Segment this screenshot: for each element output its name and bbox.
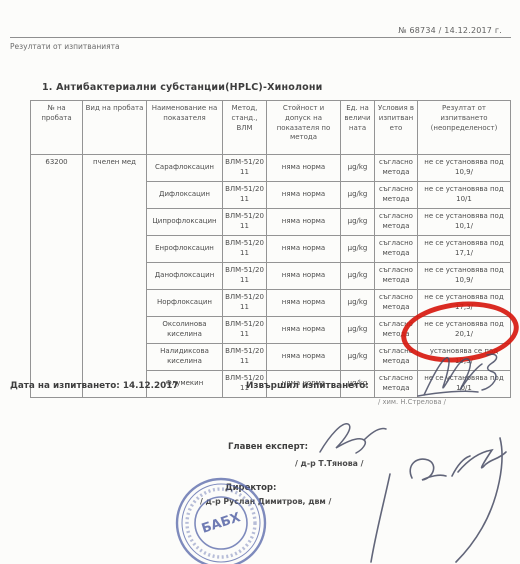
- scanned-report-page: № 68734 / 14.12.2017 г. Резултати от изп…: [0, 0, 520, 564]
- column-header-method: Метод, станд., ВЛМ: [223, 101, 267, 155]
- indicator-name-cell: Енрофлоксацин: [147, 236, 223, 263]
- unit-cell: µg/kg: [341, 155, 375, 182]
- results-table-body: 63200пчелен медСарафлоксацинВЛМ-51/2011н…: [31, 155, 511, 398]
- result-cell: не се установява под 10,9/: [418, 263, 511, 290]
- column-header-sample-type: Вид на пробата: [83, 101, 147, 155]
- conditions-cell: съгласно метода: [375, 290, 418, 317]
- performed-by-label: Извършил изпитването:: [246, 381, 369, 391]
- result-cell: не се установява под 10,1/: [418, 209, 511, 236]
- sample-number-cell: 63200: [31, 155, 83, 398]
- method-cell: ВЛМ-51/2011: [223, 209, 267, 236]
- conditions-cell: съгласно метода: [375, 263, 418, 290]
- conditions-cell: съгласно метода: [375, 344, 418, 371]
- director-label: Директор:: [225, 483, 276, 493]
- unit-cell: µg/kg: [341, 236, 375, 263]
- results-section-label: Резултати от изпитванията: [10, 42, 120, 51]
- conditions-cell: съгласно метода: [375, 155, 418, 182]
- column-header-unit: Ед. на величината: [341, 101, 375, 155]
- indicator-name-cell: Сарафлоксацин: [147, 155, 223, 182]
- indicator-name-cell: Ципрофлоксацин: [147, 209, 223, 236]
- test-date-label: Дата на изпитването: 14.12.2017: [10, 381, 178, 391]
- value-tolerance-cell: няма норма: [267, 209, 341, 236]
- director-signature: [360, 430, 520, 564]
- conditions-cell: съгласно метода: [375, 371, 418, 398]
- director-name: / д-р Руслан Димитров, двм /: [200, 497, 331, 506]
- method-cell: ВЛМ-51/2011: [223, 263, 267, 290]
- conditions-cell: съгласно метода: [375, 317, 418, 344]
- stamp-text: БАБХ: [200, 510, 243, 537]
- performed-by-name: / хим. Н.Стрелова /: [378, 398, 446, 406]
- chief-expert-label: Главен експерт:: [228, 442, 308, 452]
- table-header-row: № на пробата Вид на пробата Наименование…: [31, 101, 511, 155]
- column-header-indicator: Наименование на показателя: [147, 101, 223, 155]
- result-cell: не се установява под 10/1: [418, 371, 511, 398]
- value-tolerance-cell: няма норма: [267, 263, 341, 290]
- conditions-cell: съгласно метода: [375, 209, 418, 236]
- unit-cell: µg/kg: [341, 182, 375, 209]
- conditions-cell: съгласно метода: [375, 182, 418, 209]
- indicator-name-cell: Норфлоксацин: [147, 290, 223, 317]
- unit-cell: µg/kg: [341, 290, 375, 317]
- method-cell: ВЛМ-51/2011: [223, 290, 267, 317]
- result-cell: не се установява под 17,3/: [418, 290, 511, 317]
- chief-expert-signature: [310, 415, 395, 460]
- value-tolerance-cell: няма норма: [267, 344, 341, 371]
- column-header-result: Резултат от изпитването (неопределеност): [418, 101, 511, 155]
- unit-cell: µg/kg: [341, 263, 375, 290]
- method-cell: ВЛМ-51/2011: [223, 236, 267, 263]
- value-tolerance-cell: няма норма: [267, 317, 341, 344]
- result-cell: не се установява под 10/1: [418, 182, 511, 209]
- result-cell: установява се под 19,3/: [418, 344, 511, 371]
- unit-cell: µg/kg: [341, 344, 375, 371]
- value-tolerance-cell: няма норма: [267, 182, 341, 209]
- unit-cell: µg/kg: [341, 317, 375, 344]
- unit-cell: µg/kg: [341, 209, 375, 236]
- value-tolerance-cell: няма норма: [267, 290, 341, 317]
- value-tolerance-cell: няма норма: [267, 155, 341, 182]
- method-cell: ВЛМ-51/2011: [223, 344, 267, 371]
- method-cell: ВЛМ-51/2011: [223, 317, 267, 344]
- indicator-name-cell: Оксолинова киселина: [147, 317, 223, 344]
- method-cell: ВЛМ-51/2011: [223, 182, 267, 209]
- divider-line: [10, 37, 511, 38]
- indicator-name-cell: Налидиксова киселина: [147, 344, 223, 371]
- chief-expert-name: / д-р Т.Тянова /: [295, 459, 364, 468]
- column-header-value-tolerance: Стойност и допуск на показателя по метод…: [267, 101, 341, 155]
- result-cell: не се установява под 10,9/: [418, 155, 511, 182]
- result-cell: не се установява под 17,1/: [418, 236, 511, 263]
- value-tolerance-cell: няма норма: [267, 236, 341, 263]
- report-number: № 68734 / 14.12.2017 г.: [398, 26, 502, 35]
- method-cell: ВЛМ-51/2011: [223, 155, 267, 182]
- section-title: 1. Антибактериални субстанции(HPLC)-Хино…: [42, 82, 322, 93]
- conditions-cell: съгласно метода: [375, 236, 418, 263]
- results-table: № на пробата Вид на пробата Наименование…: [30, 100, 511, 398]
- table-row: 63200пчелен медСарафлоксацинВЛМ-51/2011н…: [31, 155, 511, 182]
- sample-type-cell: пчелен мед: [83, 155, 147, 398]
- indicator-name-cell: Дифлоксацин: [147, 182, 223, 209]
- indicator-name-cell: Данофлоксацин: [147, 263, 223, 290]
- column-header-sample-number: № на пробата: [31, 101, 83, 155]
- result-cell: не се установява под 20,1/: [418, 317, 511, 344]
- column-header-conditions: Условия в изпитването: [375, 101, 418, 155]
